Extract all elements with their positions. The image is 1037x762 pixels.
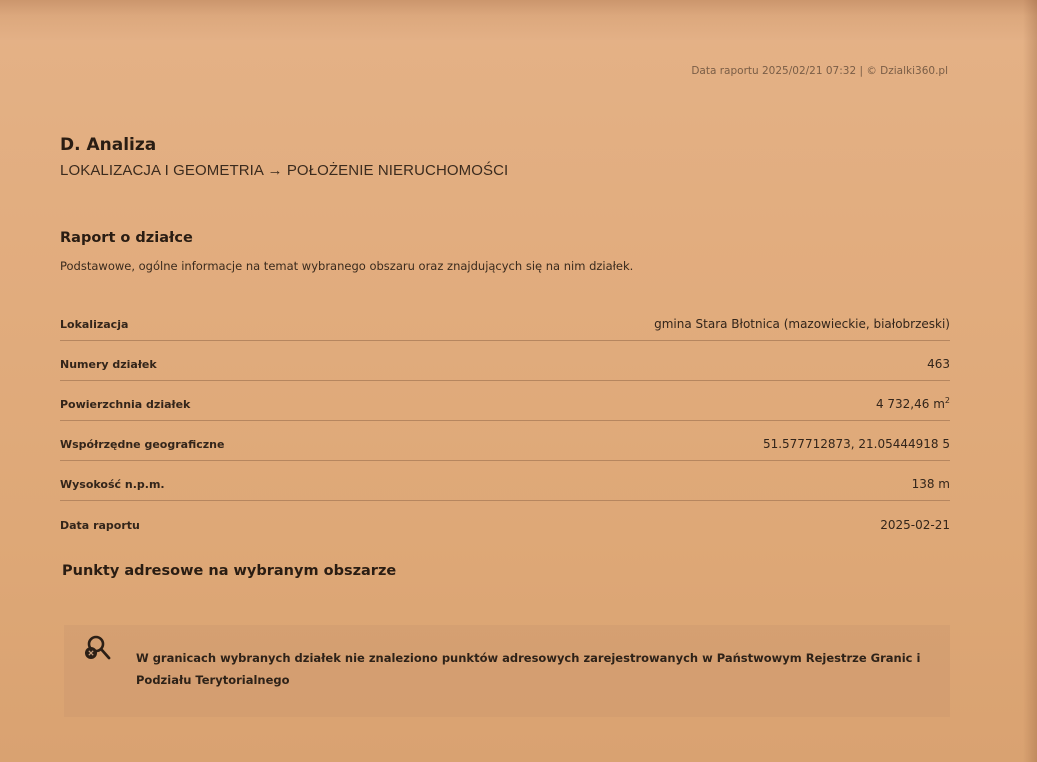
info-row-report-date: Data raportu 2025-02-21: [60, 501, 950, 541]
section-title: D. Analiza: [60, 135, 156, 155]
info-value: 138 m: [912, 477, 950, 491]
area-value: 4 732,46 m: [876, 397, 945, 411]
info-value: 463: [927, 357, 950, 371]
breadcrumb: LOKALIZACJA I GEOMETRIA → POŁOŻENIE NIER…: [60, 162, 508, 179]
notice-text: W granicach wybranych działek nie znalez…: [136, 647, 926, 691]
info-value: gmina Stara Błotnica (mazowieckie, biało…: [654, 317, 950, 331]
info-table: Lokalizacja gmina Stara Błotnica (mazowi…: [60, 301, 950, 541]
info-label: Współrzędne geograficzne: [60, 438, 224, 451]
info-row-parcel-numbers: Numery działek 463: [60, 341, 950, 381]
report-title: Raport o działce: [60, 230, 193, 246]
no-address-points-notice: W granicach wybranych działek nie znalez…: [64, 625, 950, 717]
info-row-coordinates: Współrzędne geograficzne 51.577712873, 2…: [60, 421, 950, 461]
info-label: Data raportu: [60, 519, 140, 532]
report-meta: Data raportu 2025/02/21 07:32 | © Dzialk…: [600, 65, 948, 77]
paper-shadow: [1023, 0, 1037, 762]
report-description: Podstawowe, ogólne informacje na temat w…: [60, 259, 633, 273]
info-value: 51.577712873, 21.05444918 5: [763, 437, 950, 451]
info-label: Numery działek: [60, 358, 157, 371]
document-page: Data raportu 2025/02/21 07:32 | © Dzialk…: [0, 0, 1037, 762]
info-row-area: Powierzchnia działek 4 732,46 m2: [60, 381, 950, 421]
address-points-title: Punkty adresowe na wybranym obszarze: [62, 563, 396, 579]
area-unit-exponent: 2: [945, 396, 950, 405]
info-row-location: Lokalizacja gmina Stara Błotnica (mazowi…: [60, 301, 950, 341]
info-label: Wysokość n.p.m.: [60, 478, 165, 491]
info-value-area: 4 732,46 m2: [876, 396, 950, 411]
info-row-elevation: Wysokość n.p.m. 138 m: [60, 461, 950, 501]
info-value: 2025-02-21: [880, 518, 950, 532]
info-label: Lokalizacja: [60, 318, 128, 331]
info-label: Powierzchnia działek: [60, 398, 190, 411]
search-not-found-icon: [82, 633, 114, 665]
paper-edge: [0, 0, 1037, 40]
